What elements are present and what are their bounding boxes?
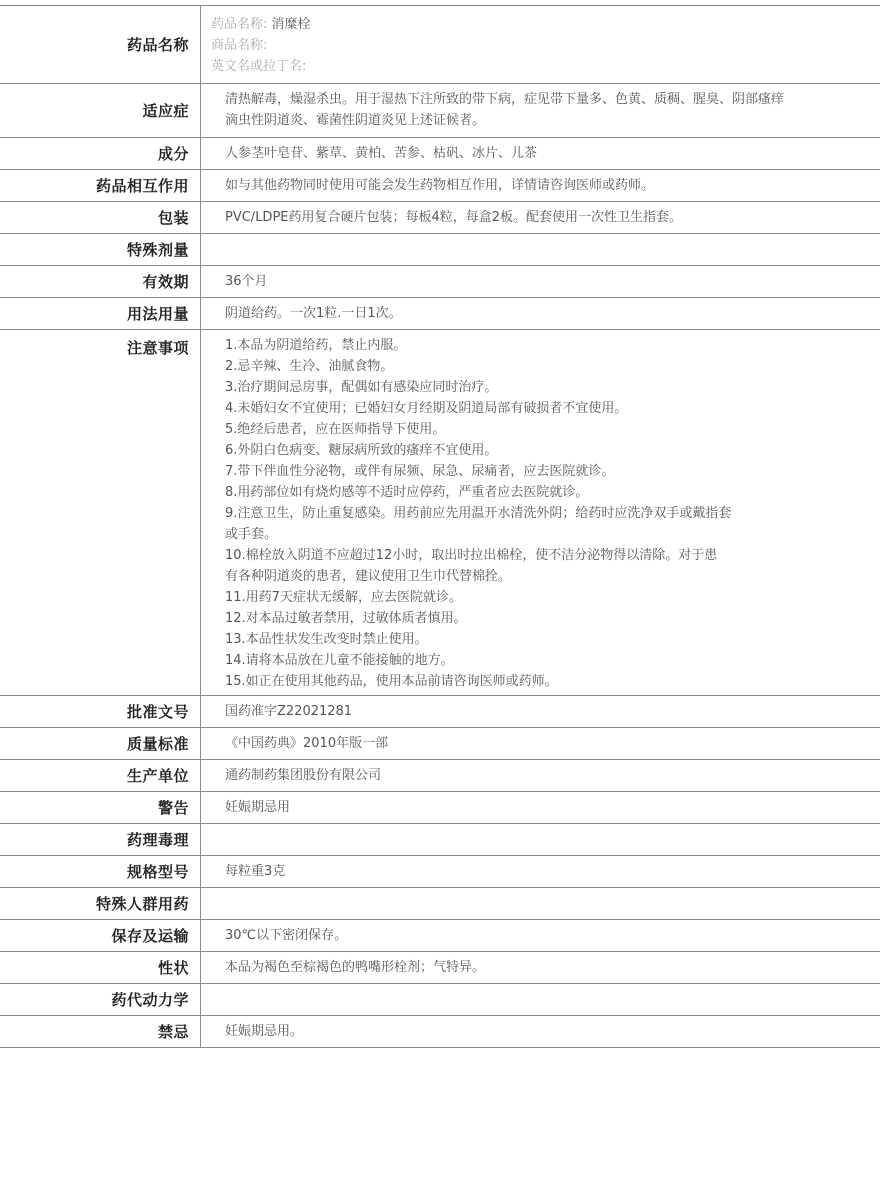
english-name-line: 英文名或拉丁名: <box>211 56 880 77</box>
row-label: 用法用量 <box>0 298 201 330</box>
row-label: 生产单位 <box>0 760 201 792</box>
shelf-life-value: 36个月 <box>201 266 880 298</box>
row-approval-number: 批准文号 国药准字Z22021281 <box>0 696 880 728</box>
row-label: 保存及运输 <box>0 920 201 952</box>
precaution-item: 7.带下伴血性分泌物，或伴有尿频、尿急、尿痛者，应去医院就诊。 <box>225 461 880 482</box>
row-label: 适应症 <box>0 84 201 138</box>
specification-value: 每粒重3克 <box>201 856 880 888</box>
drug-interactions-value: 如与其他药物同时使用可能会发生药物相互作用，详情请咨询医师或药师。 <box>201 170 880 202</box>
trade-name-key: 商品名称: <box>211 38 267 53</box>
precaution-item: 14.请将本品放在儿童不能接触的地方。 <box>225 650 880 671</box>
ingredients-value: 人参茎叶皂苷、紫草、黄柏、苦参、枯矾、冰片、儿茶 <box>201 138 880 170</box>
row-drug-interactions: 药品相互作用 如与其他药物同时使用可能会发生药物相互作用，详情请咨询医师或药师。 <box>0 170 880 202</box>
row-ingredients: 成分 人参茎叶皂苷、紫草、黄柏、苦参、枯矾、冰片、儿茶 <box>0 138 880 170</box>
row-label: 包装 <box>0 202 201 234</box>
contraindications-value: 妊娠期忌用。 <box>201 1016 880 1048</box>
row-value-cell: 清热解毒，燥湿杀虫。用于湿热下注所致的带下病，症见带下量多、色黄、质稠、腥臭、阴… <box>201 84 880 138</box>
special-populations-value <box>201 888 880 920</box>
row-label: 注意事项 <box>0 330 201 696</box>
row-label: 警告 <box>0 792 201 824</box>
row-quality-standard: 质量标准 《中国药典》2010年版一部 <box>0 728 880 760</box>
precautions-list: 1.本品为阴道给药，禁止内服。 2.忌辛辣、生冷、油腻食物。 3.治疗期间忌房事… <box>201 330 880 696</box>
row-packaging: 包装 PVC/LDPE药用复合硬片包装；每板4粒，每盒2板。配套使用一次性卫生指… <box>0 202 880 234</box>
drug-spec-table: 药品名称 药品名称: 消糜栓 商品名称: 英文名或拉丁名: 适应症 <box>0 5 880 1048</box>
row-label: 特殊剂量 <box>0 234 201 266</box>
precaution-item: 4.未婚妇女不宜使用；已婚妇女月经期及阴道局部有破损者不宜使用。 <box>225 398 880 419</box>
row-label: 性状 <box>0 952 201 984</box>
precaution-item: 15.如正在使用其他药品，使用本品前请咨询医师或药师。 <box>225 671 880 692</box>
precaution-item: 9.注意卫生，防止重复感染。用药前应先用温开水清洗外阴；给药时应洗净双手或戴指套 <box>225 503 880 524</box>
pharmacokinetics-value <box>201 984 880 1016</box>
row-label: 药品名称 <box>0 6 201 84</box>
row-specification: 规格型号 每粒重3克 <box>0 856 880 888</box>
row-precautions: 注意事项 1.本品为阴道给药，禁止内服。 2.忌辛辣、生冷、油腻食物。 3.治疗… <box>0 330 880 696</box>
row-label: 规格型号 <box>0 856 201 888</box>
row-description: 性状 本品为褐色至棕褐色的鸭嘴形栓剂；气特异。 <box>0 952 880 984</box>
precaution-item: 10.棉栓放入阴道不应超过12小时，取出时拉出棉栓，使不洁分泌物得以清除。对于患 <box>225 545 880 566</box>
generic-name-key: 药品名称: <box>211 17 267 32</box>
drug-name-values: 药品名称: 消糜栓 商品名称: 英文名或拉丁名: <box>201 6 880 84</box>
dosage-value: 阴道给药。一次1粒.一日1次。 <box>201 298 880 330</box>
row-label: 特殊人群用药 <box>0 888 201 920</box>
quality-standard-value: 《中国药典》2010年版一部 <box>201 728 880 760</box>
precaution-item: 1.本品为阴道给药，禁止内服。 <box>225 335 880 356</box>
special-dosage-value <box>201 234 880 266</box>
indications-value: 清热解毒，燥湿杀虫。用于湿热下注所致的带下病，症见带下量多、色黄、质稠、腥臭、阴… <box>225 89 880 131</box>
row-shelf-life: 有效期 36个月 <box>0 266 880 298</box>
pharmacology-value <box>201 824 880 856</box>
row-label: 批准文号 <box>0 696 201 728</box>
row-indications: 适应症 清热解毒，燥湿杀虫。用于湿热下注所致的带下病，症见带下量多、色黄、质稠、… <box>0 84 880 138</box>
english-name-key: 英文名或拉丁名: <box>211 59 306 74</box>
row-label: 禁忌 <box>0 1016 201 1048</box>
row-dosage: 用法用量 阴道给药。一次1粒.一日1次。 <box>0 298 880 330</box>
description-value: 本品为褐色至棕褐色的鸭嘴形栓剂；气特异。 <box>201 952 880 984</box>
row-label: 质量标准 <box>0 728 201 760</box>
warning-value: 妊娠期忌用 <box>201 792 880 824</box>
precaution-item: 13.本品性状发生改变时禁止使用。 <box>225 629 880 650</box>
row-label: 药品相互作用 <box>0 170 201 202</box>
storage-value: 30℃以下密闭保存。 <box>201 920 880 952</box>
row-drug-name: 药品名称 药品名称: 消糜栓 商品名称: 英文名或拉丁名: <box>0 6 880 84</box>
row-manufacturer: 生产单位 通药制药集团股份有限公司 <box>0 760 880 792</box>
precaution-item: 8.用药部位如有烧灼感等不适时应停药，严重者应去医院就诊。 <box>225 482 880 503</box>
row-pharmacology-toxicology: 药理毒理 <box>0 824 880 856</box>
manufacturer-value: 通药制药集团股份有限公司 <box>201 760 880 792</box>
row-contraindications: 禁忌 妊娠期忌用。 <box>0 1016 880 1048</box>
precaution-item-continuation: 有各种阴道炎的患者，建议使用卫生巾代替棉拴。 <box>225 566 880 587</box>
precaution-item: 5.绝经后患者，应在医师指导下使用。 <box>225 419 880 440</box>
row-warning: 警告 妊娠期忌用 <box>0 792 880 824</box>
precaution-item-continuation: 或手套。 <box>225 524 880 545</box>
approval-number-value: 国药准字Z22021281 <box>201 696 880 728</box>
row-pharmacokinetics: 药代动力学 <box>0 984 880 1016</box>
precaution-item: 11.用药7天症状无缓解，应去医院就诊。 <box>225 587 880 608</box>
precaution-item: 2.忌辛辣、生冷、油腻食物。 <box>225 356 880 377</box>
row-storage: 保存及运输 30℃以下密闭保存。 <box>0 920 880 952</box>
precaution-item: 12.对本品过敏者禁用，过敏体质者慎用。 <box>225 608 880 629</box>
packaging-value: PVC/LDPE药用复合硬片包装；每板4粒，每盒2板。配套使用一次性卫生指套。 <box>201 202 880 234</box>
row-label: 成分 <box>0 138 201 170</box>
generic-name-line: 药品名称: 消糜栓 <box>211 14 880 35</box>
row-label: 有效期 <box>0 266 201 298</box>
precaution-item: 6.外阴白色病变、糖尿病所致的瘙痒不宜使用。 <box>225 440 880 461</box>
row-label: 药理毒理 <box>0 824 201 856</box>
trade-name-line: 商品名称: <box>211 35 880 56</box>
row-label: 药代动力学 <box>0 984 201 1016</box>
precaution-item: 3.治疗期间忌房事，配偶如有感染应同时治疗。 <box>225 377 880 398</box>
row-special-populations: 特殊人群用药 <box>0 888 880 920</box>
row-special-dosage: 特殊剂量 <box>0 234 880 266</box>
generic-name-value: 消糜栓 <box>272 17 311 32</box>
